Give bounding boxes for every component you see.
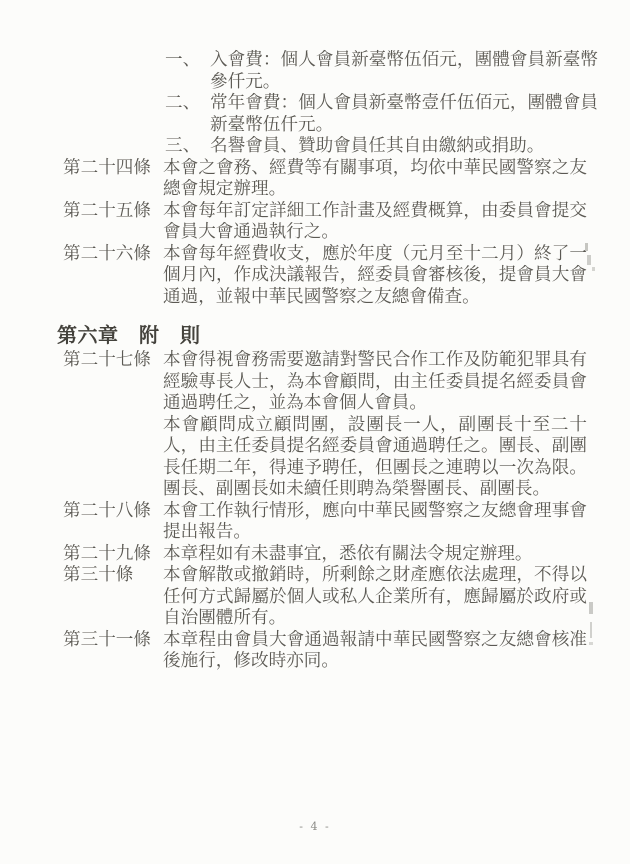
article-24: 第二十四條 本會之會務、經費等有關事項，均依中華民國警察之友總會規定辦理。 bbox=[57, 158, 591, 201]
list-item-number: 一、 bbox=[165, 50, 210, 72]
article-label: 第二十五條 bbox=[63, 201, 163, 223]
article-29: 第二十九條 本章程如有未盡事宜，悉依有關法令規定辦理。 bbox=[57, 544, 591, 566]
list-item: 二、 常年會費：個人會員新臺幣壹仟伍佰元，團體會員新臺幣伍仟元。 bbox=[165, 93, 591, 136]
article-body: 本會每年經費收支，應於年度（元月至十二月）終了一個月內，作成決議報告，經委員會審… bbox=[163, 244, 587, 309]
scanned-document-page: 一、 入會費：個人會員新臺幣伍佰元，團體會員新臺幣參仟元。 二、 常年會費：個人… bbox=[0, 0, 630, 864]
article-26: 第二十六條 本會每年經費收支，應於年度（元月至十二月）終了一個月內，作成決議報告… bbox=[57, 244, 591, 309]
article-27: 第二十七條 本會得視會務需要邀請對警民合作工作及防範犯罪具有經驗專長人士，為本會… bbox=[57, 350, 591, 501]
article-label: 第二十九條 bbox=[63, 544, 163, 566]
article-25: 第二十五條 本會每年訂定詳細工作計畫及經費概算，由委員會提交會員大會通過執行之。 bbox=[57, 201, 591, 244]
article-30: 第三十條 本會解散或撤銷時，所剩餘之財產應依法處理，不得以任何方式歸屬於個人或私… bbox=[57, 565, 591, 630]
article-label: 第三十一條 bbox=[63, 630, 163, 652]
article-label: 第二十四條 bbox=[63, 158, 163, 180]
list-item: 一、 入會費：個人會員新臺幣伍佰元，團體會員新臺幣參仟元。 bbox=[165, 50, 591, 93]
article-label: 第二十七條 bbox=[63, 350, 163, 372]
article-paragraph: 本章程由會員大會通過報請中華民國警察之友總會核准後施行，修改時亦同。 bbox=[163, 630, 587, 673]
article-paragraph: 本會每年經費收支，應於年度（元月至十二月）終了一個月內，作成決議報告，經委員會審… bbox=[163, 244, 587, 309]
page-number: - 4 - bbox=[0, 820, 630, 833]
article-28: 第二十八條 本會工作執行情形，應向中華民國警察之友總會理事會提出報告。 bbox=[57, 501, 591, 544]
article-label: 第二十六條 bbox=[63, 244, 163, 266]
article-body: 本章程由會員大會通過報請中華民國警察之友總會核准後施行，修改時亦同。 bbox=[163, 630, 587, 673]
document-content: 一、 入會費：個人會員新臺幣伍佰元，團體會員新臺幣參仟元。 二、 常年會費：個人… bbox=[57, 50, 591, 673]
list-item: 三、 名譽會員、贊助會員任其自由繳納或捐助。 bbox=[165, 136, 591, 158]
list-item-number: 三、 bbox=[165, 136, 210, 158]
list-item-text: 名譽會員、贊助會員任其自由繳納或捐助。 bbox=[210, 136, 598, 158]
article-body: 本會之會務、經費等有關事項，均依中華民國警察之友總會規定辦理。 bbox=[163, 158, 587, 201]
chapter-heading: 第六章 附 則 bbox=[57, 322, 591, 348]
article-paragraph: 本會顧問成立顧問團，設團長一人，副團長十至二十人，由主任委員提名經委員會通過聘任… bbox=[163, 415, 587, 501]
list-item-text: 入會費：個人會員新臺幣伍佰元，團體會員新臺幣參仟元。 bbox=[210, 50, 598, 93]
article-body: 本會每年訂定詳細工作計畫及經費概算，由委員會提交會員大會通過執行之。 bbox=[163, 201, 587, 244]
article-paragraph: 本會得視會務需要邀請對警民合作工作及防範犯罪具有經驗專長人士，為本會顧問，由主任… bbox=[163, 350, 587, 415]
article-31: 第三十一條 本章程由會員大會通過報請中華民國警察之友總會核准後施行，修改時亦同。 bbox=[57, 630, 591, 673]
article-body: 本會工作執行情形，應向中華民國警察之友總會理事會提出報告。 bbox=[163, 501, 587, 544]
article-label: 第二十八條 bbox=[63, 501, 163, 523]
article-body: 本會得視會務需要邀請對警民合作工作及防範犯罪具有經驗專長人士，為本會顧問，由主任… bbox=[163, 350, 587, 501]
article-label: 第三十條 bbox=[63, 565, 163, 587]
article-paragraph: 本會解散或撤銷時，所剩餘之財產應依法處理，不得以任何方式歸屬於個人或私人企業所有… bbox=[163, 565, 587, 630]
list-item-text: 常年會費：個人會員新臺幣壹仟伍佰元，團體會員新臺幣伍仟元。 bbox=[210, 93, 598, 136]
article-paragraph: 本會之會務、經費等有關事項，均依中華民國警察之友總會規定辦理。 bbox=[163, 158, 587, 201]
article-paragraph: 本會工作執行情形，應向中華民國警察之友總會理事會提出報告。 bbox=[163, 501, 587, 544]
article-body: 本會解散或撤銷時，所剩餘之財產應依法處理，不得以任何方式歸屬於個人或私人企業所有… bbox=[163, 565, 587, 630]
article-paragraph: 本章程如有未盡事宜，悉依有關法令規定辦理。 bbox=[163, 544, 587, 566]
list-item-number: 二、 bbox=[165, 93, 210, 115]
article-paragraph: 本會每年訂定詳細工作計畫及經費概算，由委員會提交會員大會通過執行之。 bbox=[163, 201, 587, 244]
article-body: 本章程如有未盡事宜，悉依有關法令規定辦理。 bbox=[163, 544, 587, 566]
fee-list: 一、 入會費：個人會員新臺幣伍佰元，團體會員新臺幣參仟元。 二、 常年會費：個人… bbox=[57, 50, 591, 158]
